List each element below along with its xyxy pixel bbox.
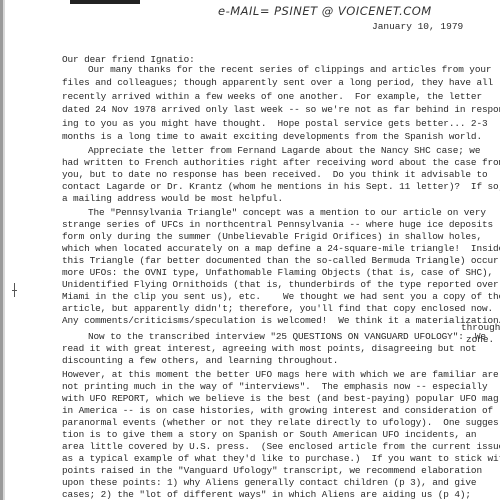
letter-line: this Triangle (far better documented tha… bbox=[62, 255, 499, 267]
letter-line: Unidentified Flying Ornithoids (that is,… bbox=[62, 279, 499, 291]
letter-line: months is a long time to await exciting … bbox=[62, 131, 482, 143]
letter-line: discounting a few others, and learning t… bbox=[62, 355, 338, 367]
letter-line: The "Pennsylvania Triangle" concept was … bbox=[88, 207, 486, 219]
letter-line: Now to the transcribed interview "25 QUE… bbox=[88, 331, 486, 343]
letter-line: Our many thanks for the recent series of… bbox=[88, 64, 491, 76]
letter-line: area little covered by U.S. press. (See … bbox=[62, 441, 500, 453]
redaction-bar bbox=[70, 0, 150, 4]
handwritten-email-note: e-MAIL= PSINET @ VOICENET.COM bbox=[218, 4, 458, 18]
letter-line: upon these points: 1) why Aliens general… bbox=[62, 477, 476, 489]
letter-line: contact Lagarde or Dr. Krantz (whom he m… bbox=[62, 181, 500, 193]
letter-line: not printing much in the way of "intervi… bbox=[62, 381, 488, 393]
letter-line: form only during the summer (Unbelievabl… bbox=[62, 231, 482, 243]
letter-line: tion is to give them a story on Spanish … bbox=[62, 429, 476, 441]
letter-line: a mailing address would be most helpful. bbox=[62, 193, 283, 205]
margin-mark-arrow bbox=[12, 290, 17, 291]
letter-line: read it with great interest, agreeing wi… bbox=[62, 343, 476, 355]
letter-line: points raised in the "Vanguard Ufology" … bbox=[62, 465, 482, 477]
letter-line: Any comments/criticisms/speculation is w… bbox=[62, 315, 500, 327]
letter-line: with UFO REPORT, which we believe is the… bbox=[62, 393, 499, 405]
letter-line: in America -- is on case histories, with… bbox=[62, 405, 493, 417]
letter-line: Miami in the clip you sent us), etc. We … bbox=[62, 291, 500, 303]
letter-line: which when located accurately on a map d… bbox=[62, 243, 500, 255]
letter-date: January 10, 1979 bbox=[372, 21, 463, 32]
letter-line: However, at this moment the better UFO m… bbox=[62, 369, 499, 381]
letter-line: ing to you as you might have thought. Ho… bbox=[62, 118, 488, 130]
letter-line: article, but apparently didn't; therefor… bbox=[62, 303, 493, 315]
margin-note: zone. bbox=[466, 334, 494, 345]
margin-note: through bbox=[461, 322, 500, 333]
letter-line: strange series of UFCs in northcentral P… bbox=[62, 219, 493, 231]
letter-line: had written to French authorities right … bbox=[62, 157, 500, 169]
letter-line: more UFOs: the OVNI type, Unfathomable F… bbox=[62, 267, 493, 279]
letter-line: dated 24 Nov 1978 arrived only last week… bbox=[62, 104, 500, 116]
letter-line: Appreciate the letter from Fernand Lagar… bbox=[88, 145, 480, 157]
letter-line: paranormal events (whether or not they r… bbox=[62, 417, 500, 429]
letter-line: you, but to date no response has been re… bbox=[62, 169, 488, 181]
letter-line: cases; 2) the "lot of different ways" in… bbox=[62, 489, 471, 500]
scan-left-edge-shadow bbox=[3, 0, 5, 500]
letter-line: files and colleagues; though apparently … bbox=[62, 77, 493, 89]
letter-line: as a typical example of what they'd like… bbox=[62, 453, 500, 465]
redaction-gap bbox=[140, 0, 150, 4]
letter-line: recently arrived within a few weeks of o… bbox=[62, 91, 482, 103]
